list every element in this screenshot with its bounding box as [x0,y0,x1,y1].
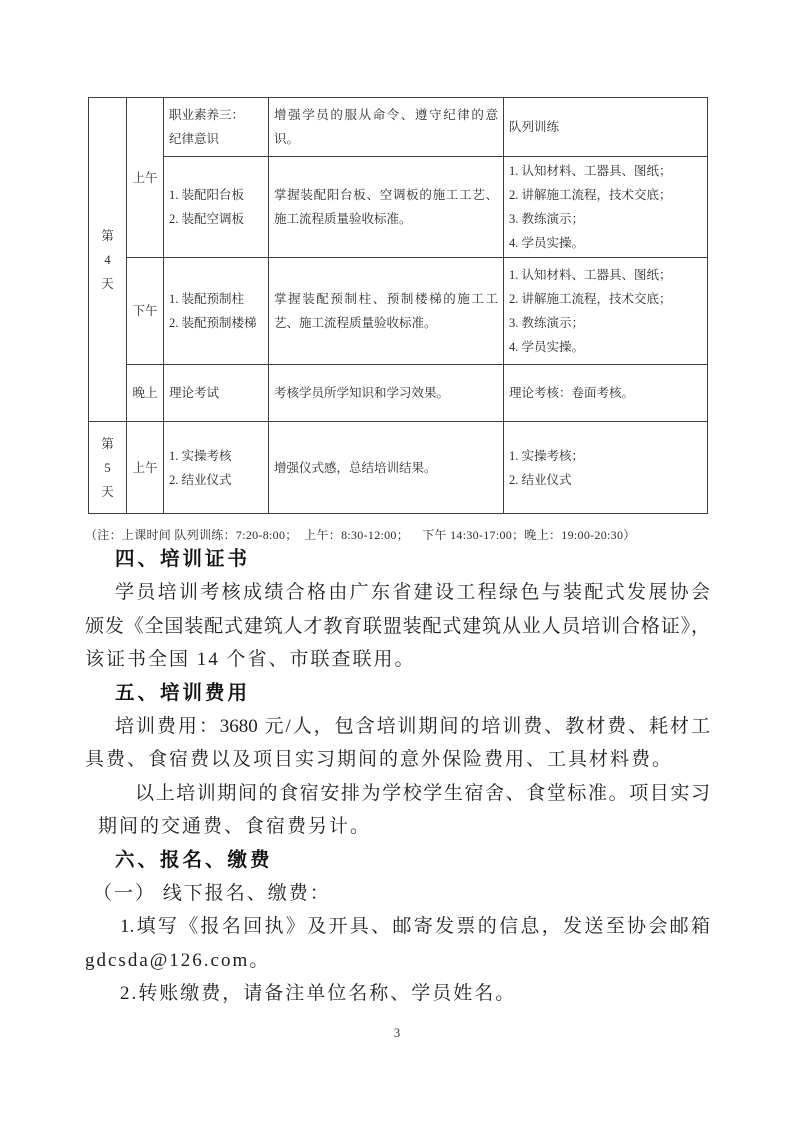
content-cell: 1. 实操考核 2. 结业仪式 [164,422,269,514]
method-line: 2. 讲解施工流程，技术交底； [509,183,702,207]
content-line: 职业素养三： [169,103,263,127]
goal-cell: 考核学员所学知识和学习效果。 [269,365,504,422]
content-line: 2. 装配预制楼梯 [169,311,263,335]
day-line: 天 [94,272,121,296]
paragraph-line: 该证书全国 14 个省、市联查联用。 [85,643,710,676]
goal-cell: 增强仪式感，总结培训结果。 [269,422,504,514]
section-heading-fee: 五、培训费用 [115,677,710,710]
table-row: 1. 装配阳台板 2. 装配空调板 掌握装配阳台板、空调板的施工工艺、施工流程质… [89,157,708,258]
schedule-note: （注：上课时间 队列训练：7:20-8:00； 上午：8:30-12:00； 下… [85,527,710,543]
goal-cell: 掌握装配预制柱、预制楼梯的施工工艺、施工流程质量验收标准。 [269,258,504,365]
paragraph-line: 1.填写《报名回执》及开具、邮寄发票的信息，发送至协会邮箱 [120,910,710,943]
method-line: 2. 讲解施工流程，技术交底； [509,287,702,311]
day-line: 5 [94,456,121,480]
method-line: 3. 教练演示； [509,311,702,335]
table-row: 晚上 理论考试 考核学员所学知识和学习效果。 理论考核：卷面考核。 [89,365,708,422]
content-line: 纪律意识 [169,127,263,151]
method-cell: 1. 实操考核； 2. 结业仪式 [504,422,708,514]
goal-cell: 掌握装配阳台板、空调板的施工工艺、施工流程质量验收标准。 [269,157,504,258]
content-line: 1. 实操考核 [169,444,263,468]
day-4-cell: 第 4 天 [89,98,127,422]
content-line: 理论考试 [169,381,263,405]
paragraph-line: 具费、食宿费以及项目实习期间的意外保险费用、工具材料费。 [85,743,710,776]
paragraph-line: 培训费用：3680 元/人，包含培训期间的培训费、教材费、耗材工 [115,710,710,743]
time-cell-afternoon: 下午 [127,258,164,365]
method-line: 1. 认知材料、工器具、图纸； [509,159,702,183]
day-line: 天 [94,480,121,504]
document-page: 第 4 天 上午 职业素养三： 纪律意识 增强学员的服从命令、遵守纪律的意识。 … [0,0,794,1123]
table-row: 下午 1. 装配预制柱 2. 装配预制楼梯 掌握装配预制柱、预制楼梯的施工工艺、… [89,258,708,365]
method-line: 4. 学员实操。 [509,231,702,255]
content-cell: 理论考试 [164,365,269,422]
time-cell-morning: 上午 [127,98,164,258]
content-line: 1. 装配预制柱 [169,287,263,311]
method-cell: 理论考核：卷面考核。 [504,365,708,422]
method-cell: 队列训练 [504,98,708,157]
time-cell-evening: 晚上 [127,365,164,422]
method-line: 3. 教练演示； [509,207,702,231]
method-line: 队列训练 [509,115,702,139]
goal-cell: 增强学员的服从命令、遵守纪律的意识。 [269,98,504,157]
content-line: 2. 结业仪式 [169,468,263,492]
paragraph-line: 颁发《全国装配式建筑人才教育联盟装配式建筑从业人员培训合格证》， [85,610,710,643]
section-heading-signup: 六、报名、缴费 [115,844,710,877]
table-row: 第 4 天 上午 职业素养三： 纪律意识 增强学员的服从命令、遵守纪律的意识。 … [89,98,708,157]
paragraph-line: 以上培训期间的食宿安排为学校学生宿舍、食堂标准。项目实习 [135,777,710,810]
paragraph-line: 2.转账缴费，请备注单位名称、学员姓名。 [120,977,710,1010]
day-line: 第 [94,224,121,248]
page-content: 第 4 天 上午 职业素养三： 纪律意识 增强学员的服从命令、遵守纪律的意识。 … [0,0,794,1011]
paragraph-line: 学员培训考核成绩合格由广东省建设工程绿色与装配式发展协会 [115,576,710,609]
schedule-table: 第 4 天 上午 职业素养三： 纪律意识 增强学员的服从命令、遵守纪律的意识。 … [88,97,708,514]
method-cell: 1. 认知材料、工器具、图纸； 2. 讲解施工流程，技术交底； 3. 教练演示；… [504,157,708,258]
page-number: 3 [0,1026,794,1041]
content-cell: 1. 装配阳台板 2. 装配空调板 [164,157,269,258]
content-cell: 职业素养三： 纪律意识 [164,98,269,157]
paragraph-line: （一） 线下报名、缴费： [93,877,710,910]
method-line: 1. 认知材料、工器具、图纸； [509,263,702,287]
paragraph-line: gdcsda@126.com。 [85,944,710,977]
method-line: 1. 实操考核； [509,444,702,468]
content-line: 2. 装配空调板 [169,207,263,231]
content-line: 1. 装配阳台板 [169,183,263,207]
method-cell: 1. 认知材料、工器具、图纸； 2. 讲解施工流程，技术交底； 3. 教练演示；… [504,258,708,365]
paragraph-line: 期间的交通费、食宿费另计。 [98,810,710,843]
method-line: 4. 学员实操。 [509,335,702,359]
time-cell-morning-day5: 上午 [127,422,164,514]
content-cell: 1. 装配预制柱 2. 装配预制楼梯 [164,258,269,365]
day-line: 4 [94,248,121,272]
day-5-cell: 第 5 天 [89,422,127,514]
table-row: 第 5 天 上午 1. 实操考核 2. 结业仪式 增强仪式感，总结培训结果。 1… [89,422,708,514]
section-heading-certificate: 四、培训证书 [115,543,710,576]
method-line: 2. 结业仪式 [509,468,702,492]
day-line: 第 [94,432,121,456]
method-line: 理论考核：卷面考核。 [509,381,702,405]
